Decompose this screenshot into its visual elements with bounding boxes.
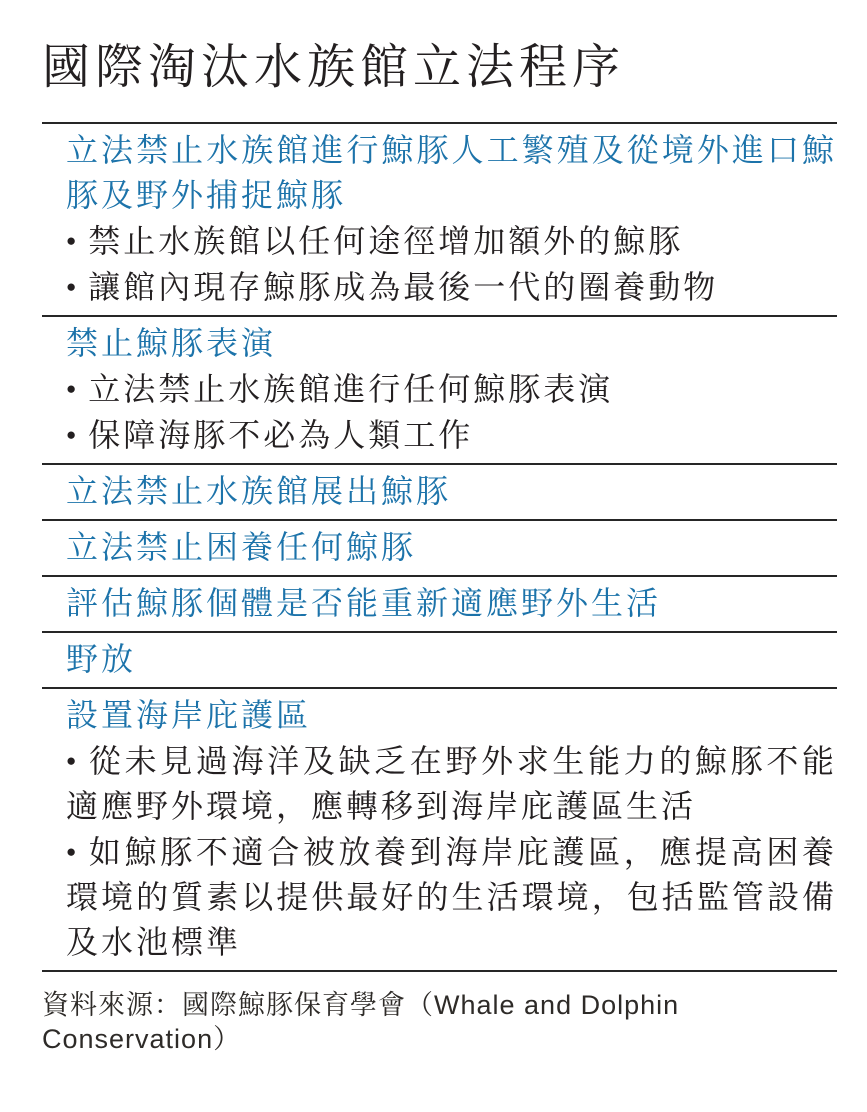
section-heading: 設置海岸庇護區 bbox=[66, 693, 837, 738]
bullet-icon: ● bbox=[66, 264, 76, 309]
sections-list: 立法禁止水族館進行鯨豚人工繁殖及從境外進口鯨豚及野外捕捉鯨豚●禁止水族館以任何途… bbox=[42, 122, 837, 970]
bullet-icon: ● bbox=[66, 218, 76, 263]
section-heading: 立法禁止水族館進行鯨豚人工繁殖及從境外進口鯨豚及野外捕捉鯨豚 bbox=[66, 128, 837, 218]
section-5: 評估鯨豚個體是否能重新適應野外生活 bbox=[42, 575, 837, 631]
section-heading: 評估鯨豚個體是否能重新適應野外生活 bbox=[66, 581, 837, 626]
section-heading: 立法禁止困養任何鯨豚 bbox=[66, 525, 837, 570]
bullet-text: 如鯨豚不適合被放養到海岸庇護區，應提高困養環境的質素以提供最好的生活環境，包括監… bbox=[66, 834, 837, 960]
bullet-text: 從未見過海洋及缺乏在野外求生能力的鯨豚不能適應野外環境，應轉移到海岸庇護區生活 bbox=[66, 743, 837, 824]
bullet-item: ●讓館內現存鯨豚成為最後一代的圈養動物 bbox=[66, 264, 837, 310]
bullet-icon: ● bbox=[66, 738, 76, 783]
bullet-text: 禁止水族館以任何途徑增加額外的鯨豚 bbox=[88, 223, 683, 259]
bullet-item: ●保障海豚不必為人類工作 bbox=[66, 412, 837, 458]
section-2: 禁止鯨豚表演●立法禁止水族館進行任何鯨豚表演●保障海豚不必為人類工作 bbox=[42, 315, 837, 463]
source-row: 資料來源：國際鯨豚保育學會（Whale and Dolphin Conserva… bbox=[42, 970, 837, 1056]
bullet-text: 保障海豚不必為人類工作 bbox=[88, 417, 473, 453]
bullet-item: ●從未見過海洋及缺乏在野外求生能力的鯨豚不能適應野外環境，應轉移到海岸庇護區生活 bbox=[66, 738, 837, 829]
section-4: 立法禁止困養任何鯨豚 bbox=[42, 519, 837, 575]
bullet-item: ●如鯨豚不適合被放養到海岸庇護區，應提高困養環境的質素以提供最好的生活環境，包括… bbox=[66, 829, 837, 965]
infographic-page: 國際淘汰水族館立法程序 立法禁止水族館進行鯨豚人工繁殖及從境外進口鯨豚及野外捕捉… bbox=[42, 40, 837, 1056]
section-7: 設置海岸庇護區●從未見過海洋及缺乏在野外求生能力的鯨豚不能適應野外環境，應轉移到… bbox=[42, 687, 837, 970]
section-heading: 禁止鯨豚表演 bbox=[66, 321, 837, 366]
section-heading: 立法禁止水族館展出鯨豚 bbox=[66, 469, 837, 514]
section-6: 野放 bbox=[42, 631, 837, 687]
bullet-item: ●禁止水族館以任何途徑增加額外的鯨豚 bbox=[66, 218, 837, 264]
bullet-item: ●立法禁止水族館進行任何鯨豚表演 bbox=[66, 366, 837, 412]
bullet-text: 立法禁止水族館進行任何鯨豚表演 bbox=[88, 371, 613, 407]
section-1: 立法禁止水族館進行鯨豚人工繁殖及從境外進口鯨豚及野外捕捉鯨豚●禁止水族館以任何途… bbox=[42, 122, 837, 315]
bullet-icon: ● bbox=[66, 366, 76, 411]
bullet-text: 讓館內現存鯨豚成為最後一代的圈養動物 bbox=[88, 269, 718, 305]
bullet-icon: ● bbox=[66, 829, 76, 874]
bullet-icon: ● bbox=[66, 412, 76, 457]
section-heading: 野放 bbox=[66, 637, 837, 682]
section-3: 立法禁止水族館展出鯨豚 bbox=[42, 463, 837, 519]
source-note: 資料來源：國際鯨豚保育學會（Whale and Dolphin Conserva… bbox=[42, 988, 837, 1056]
page-title: 國際淘汰水族館立法程序 bbox=[42, 40, 837, 96]
